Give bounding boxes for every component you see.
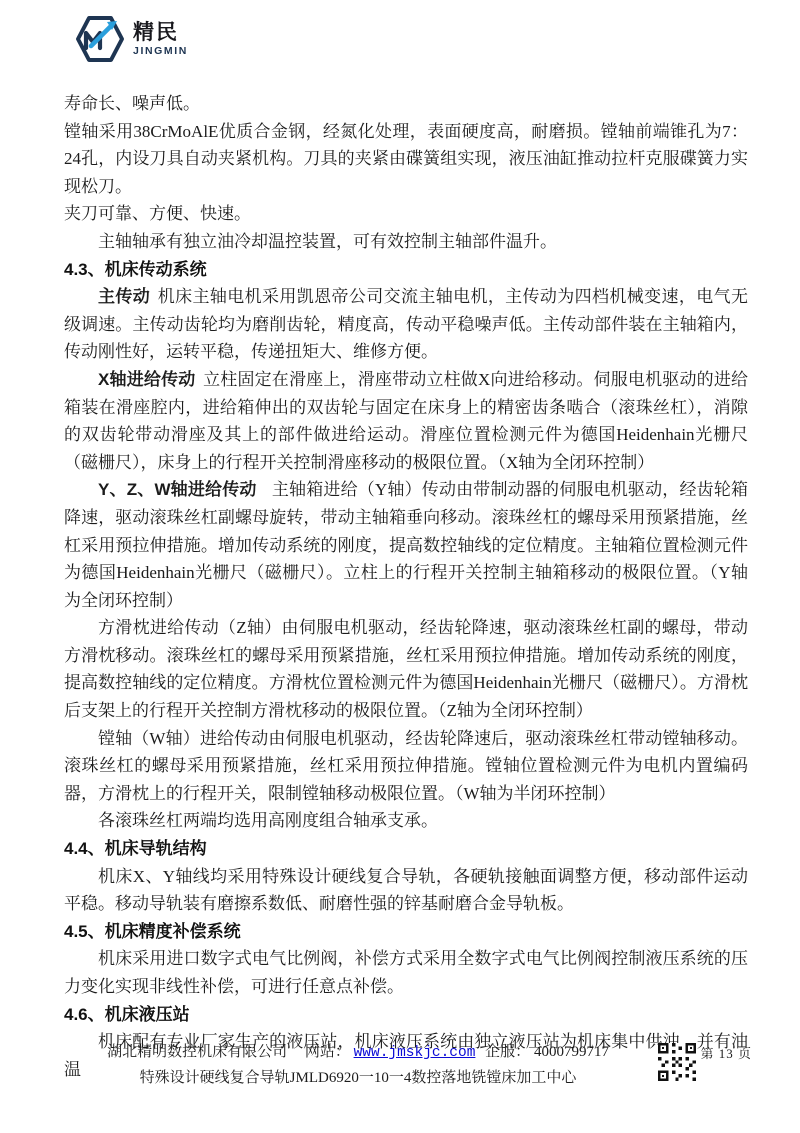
document-content: 寿命长、噪声低。 镗轴采用38CrMoAlE优质合金钢，经氮化处理，表面硬度高，… (64, 90, 748, 1083)
footer-subtitle: 特殊设计硬线复合导轨JMLD6920一10一4数控落地铣镗床加工中心 (64, 1066, 652, 1091)
paragraph-text: 主轴箱进给（Y轴）传动由带制动器的伺服电机驱动，经齿轮箱降速，驱动滚珠丝杠副螺母… (64, 480, 748, 609)
logo-text: 精民 JINGMIN (133, 22, 188, 57)
paragraph: 主传动机床主轴电机采用凯恩帝公司交流主轴电机，主传动为四档机械变速，电气无级调速… (64, 283, 748, 366)
paragraph: 方滑枕进给传动（Z轴）由伺服电机驱动，经齿轮降速，驱动滚珠丝杠副的螺母，带动方滑… (64, 614, 748, 724)
run-in-heading-main-drive: 主传动 (98, 287, 150, 306)
paragraph: 主轴轴承有独立油冷却温控装置，可有效控制主轴部件温升。 (64, 228, 748, 256)
qr-code-icon (658, 1043, 696, 1081)
logo-name-cn: 精民 (133, 22, 188, 43)
paragraph: 镗轴采用38CrMoAlE优质合金钢，经氮化处理，表面硬度高，耐磨损。镗轴前端锥… (64, 118, 748, 201)
footer-service-number: 4000799717 (534, 1044, 609, 1060)
paragraph: 机床X、Y轴线均采用特殊设计硬线复合导轨，各硬轨接触面调整方便，移动部件运动平稳… (64, 863, 748, 918)
paragraph: 机床采用进口数字式电气比例阀，补偿方式采用全数字式电气比例阀控制液压系统的压力变… (64, 945, 748, 1000)
run-in-heading-x-axis: X轴进给传动 (98, 370, 195, 389)
paragraph: Y、Z、W轴进给传动主轴箱进给（Y轴）传动由带制动器的伺服电机驱动，经齿轮箱降速… (64, 476, 748, 614)
document-page: 精民 JINGMIN 寿命长、噪声低。 镗轴采用38CrMoAlE优质合金钢，经… (0, 0, 800, 1133)
page-footer: 湖北精明数控机床有限公司 网站： www.jmskjc.com 企服： 4000… (64, 1040, 748, 1091)
paragraph: X轴进给传动立柱固定在滑座上，滑座带动立柱做X向进给移动。伺服电机驱动的进给箱装… (64, 366, 748, 476)
company-logo: 精民 JINGMIN (74, 12, 748, 66)
paragraph: 各滚珠丝杠两端均选用高刚度组合轴承支承。 (64, 807, 748, 835)
footer-contact-line: 湖北精明数控机床有限公司 网站： www.jmskjc.com 企服： 4000… (64, 1040, 652, 1066)
section-heading-4-3: 4.3、机床传动系统 (64, 256, 748, 284)
paragraph-text: 机床主轴电机采用凯恩帝公司交流主轴电机，主传动为四档机械变速，电气无级调速。主传… (64, 287, 748, 361)
section-heading-4-4: 4.4、机床导轨结构 (64, 835, 748, 863)
paragraph: 镗轴（W轴）进给传动由伺服电机驱动，经齿轮降速后，驱动滚珠丝杠带动镗轴移动。滚珠… (64, 725, 748, 808)
footer-text: 湖北精明数控机床有限公司 网站： www.jmskjc.com 企服： 4000… (64, 1040, 748, 1091)
section-heading-4-5: 4.5、机床精度补偿系统 (64, 918, 748, 946)
paragraph: 夹刀可靠、方便、快速。 (64, 200, 748, 228)
logo-name-en: JINGMIN (133, 46, 188, 57)
logo-hexagon-m-arrow-icon (74, 13, 126, 65)
footer-website-link[interactable]: www.jmskjc.com (354, 1045, 476, 1061)
footer-company-name: 湖北精明数控机床有限公司 (107, 1044, 287, 1060)
run-in-heading-yzw-axis: Y、Z、W轴进给传动 (98, 480, 257, 499)
section-heading-4-6: 4.6、机床液压站 (64, 1001, 748, 1029)
footer-website-label: 网站： (305, 1044, 350, 1060)
paragraph: 寿命长、噪声低。 (64, 90, 748, 118)
page-number: 第 13 页 (700, 1043, 752, 1062)
footer-service-label: 企服： (485, 1044, 530, 1060)
